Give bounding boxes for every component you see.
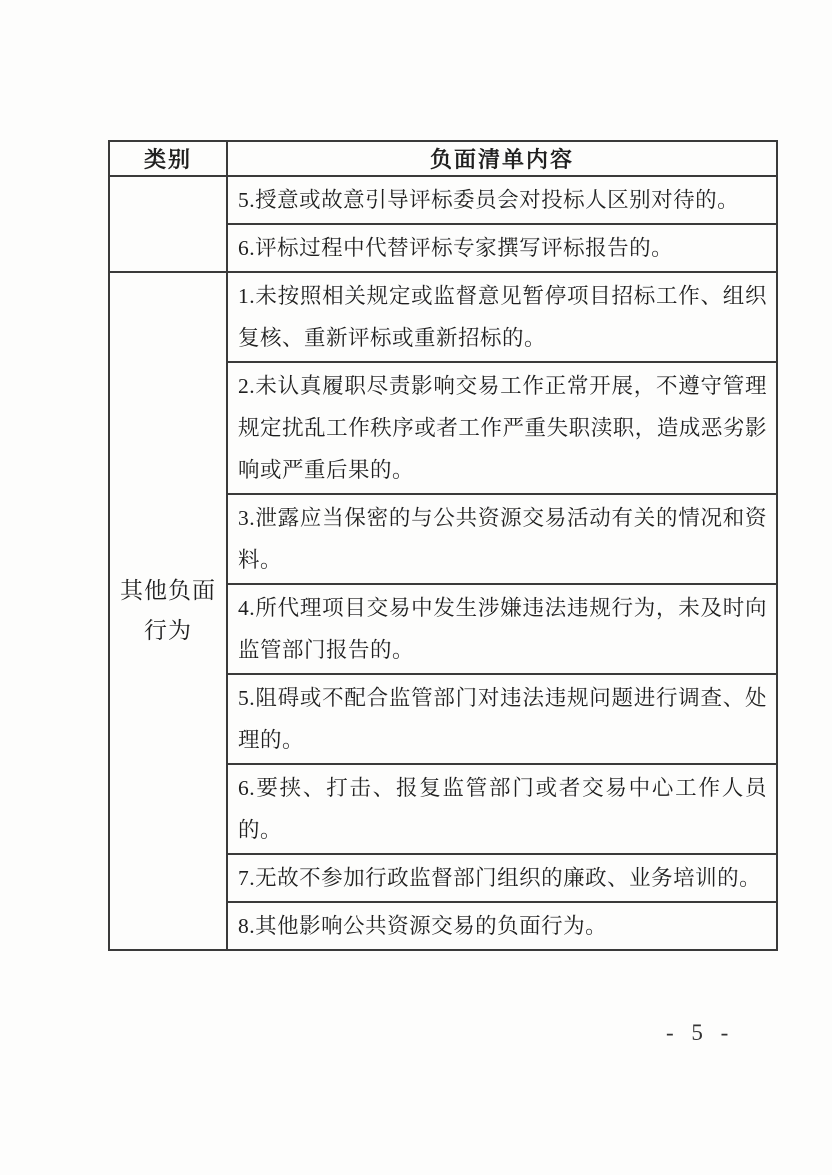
list-item: 4.所代理项目交易中发生涉嫌违法违规行为，未及时向监管部门报告的。 <box>227 584 777 674</box>
table-header-row: 类别 负面清单内容 <box>109 141 777 176</box>
table-row: 其他负面行为 1.未按照相关规定或监督意见暂停项目招标工作、组织复核、重新评标或… <box>109 272 777 362</box>
list-item: 5.授意或故意引导评标委员会对投标人区别对待的。 <box>227 176 777 224</box>
list-item: 7.无故不参加行政监督部门组织的廉政、业务培训的。 <box>227 854 777 902</box>
negative-list-table: 类别 负面清单内容 5.授意或故意引导评标委员会对投标人区别对待的。 6.评标过… <box>108 140 778 951</box>
header-category: 类别 <box>109 141 227 176</box>
list-item: 6.要挟、打击、报复监管部门或者交易中心工作人员的。 <box>227 764 777 854</box>
header-content: 负面清单内容 <box>227 141 777 176</box>
list-item: 3.泄露应当保密的与公共资源交易活动有关的情况和资料。 <box>227 494 777 584</box>
category-cell-other-negative-behavior: 其他负面行为 <box>109 272 227 950</box>
list-item: 5.阻碍或不配合监管部门对违法违规问题进行调查、处理的。 <box>227 674 777 764</box>
list-item: 1.未按照相关规定或监督意见暂停项目招标工作、组织复核、重新评标或重新招标的。 <box>227 272 777 362</box>
page-number: - 5 - <box>666 1020 734 1046</box>
list-item: 6.评标过程中代替评标专家撰写评标报告的。 <box>227 224 777 272</box>
document-page: 类别 负面清单内容 5.授意或故意引导评标委员会对投标人区别对待的。 6.评标过… <box>0 0 832 1175</box>
list-item: 2.未认真履职尽责影响交易工作正常开展，不遵守管理规定扰乱工作秩序或者工作严重失… <box>227 362 777 494</box>
list-item: 8.其他影响公共资源交易的负面行为。 <box>227 902 777 950</box>
table-row: 5.授意或故意引导评标委员会对投标人区别对待的。 <box>109 176 777 224</box>
category-cell-carryover <box>109 176 227 272</box>
